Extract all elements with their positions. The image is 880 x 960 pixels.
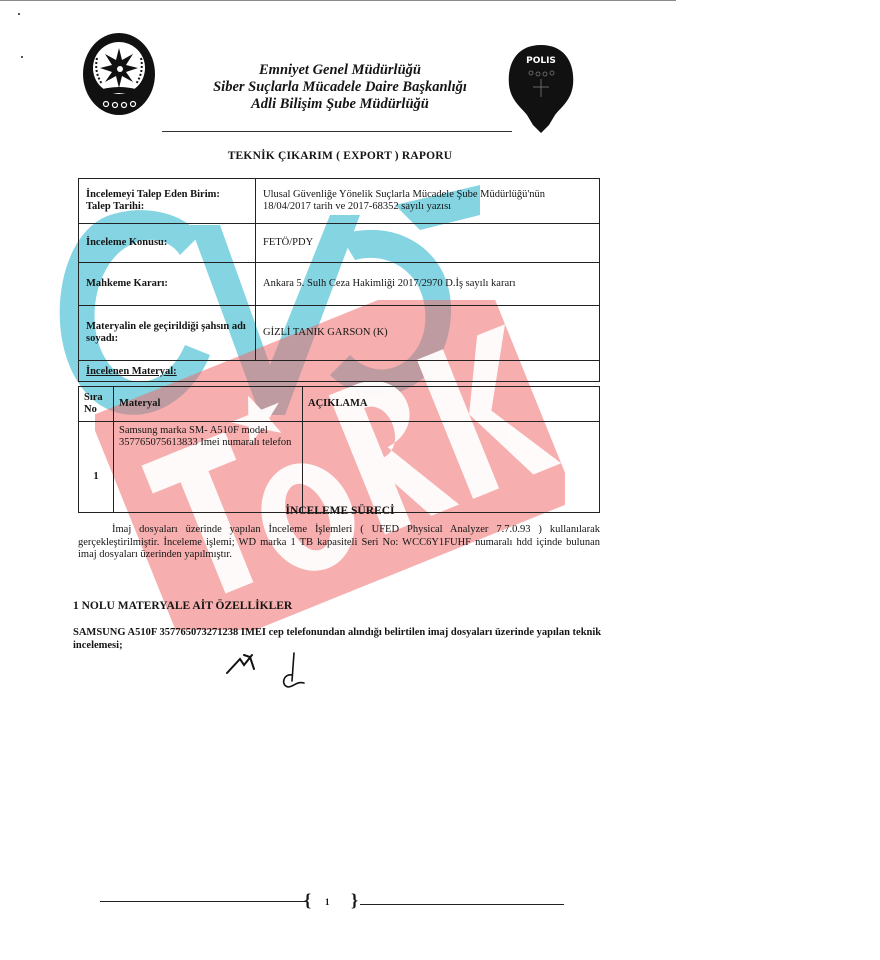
request-info-table: İncelemeyi Talep Eden Birim: Talep Tarih… bbox=[78, 178, 600, 382]
examined-material-label: İncelenen Materyal: bbox=[79, 361, 600, 382]
header-line: Adli Bilişim Şube Müdürlüğü bbox=[190, 96, 490, 113]
material-table: Sıra No Materyal AÇIKLAMA 1 Samsung mark… bbox=[78, 386, 600, 513]
footer-rule bbox=[100, 901, 306, 902]
row-label: Materyalin ele geçirildiği şahsın adı so… bbox=[79, 306, 256, 361]
institution-header: Emniyet Genel Müdürlüğü Siber Suçlarla M… bbox=[190, 62, 490, 113]
table-row: İncelemeyi Talep Eden Birim: Talep Tarih… bbox=[79, 179, 600, 224]
signature bbox=[222, 645, 332, 695]
column-header: Materyal bbox=[114, 387, 303, 422]
header-line: Emniyet Genel Müdürlüğü bbox=[190, 62, 490, 79]
row-value: GİZLİ TANIK GARSON (K) bbox=[256, 306, 600, 361]
features-text: SAMSUNG A510F 357765073271238 IMEI cep t… bbox=[73, 627, 603, 652]
table-row: Materyalin ele geçirildiği şahsın adı so… bbox=[79, 306, 600, 361]
header-line: Siber Suçlarla Mücadele Daire Başkanlığı bbox=[190, 79, 490, 96]
table-row: İnceleme Konusu: FETÖ/PDY bbox=[79, 224, 600, 263]
row-label: İncelemeyi Talep Eden Birim: Talep Tarih… bbox=[79, 179, 256, 224]
header-rule bbox=[162, 131, 512, 132]
process-title: İNCELEME SÜRECİ bbox=[60, 505, 620, 517]
table-row: İncelenen Materyal: bbox=[79, 361, 600, 382]
material-description: Samsung marka SM- A510F model 3577650756… bbox=[114, 422, 303, 513]
row-value: FETÖ/PDY bbox=[256, 224, 600, 263]
table-header-row: Sıra No Materyal AÇIKLAMA bbox=[79, 387, 600, 422]
column-header: AÇIKLAMA bbox=[303, 387, 600, 422]
footer-rule bbox=[360, 904, 564, 905]
footer-brace: } bbox=[351, 890, 358, 910]
column-header: Sıra No bbox=[79, 387, 114, 422]
police-emblem-icon bbox=[82, 32, 156, 116]
material-explanation bbox=[303, 422, 600, 513]
table-row: Mahkeme Kararı: Ankara 5. Sulh Ceza Haki… bbox=[79, 263, 600, 306]
label-requesting-unit: İncelemeyi Talep Eden Birim: bbox=[86, 189, 220, 200]
page-number: 1 bbox=[325, 897, 330, 907]
material-number: 1 bbox=[79, 422, 114, 513]
report-title: TEKNİK ÇIKARIM ( EXPORT ) RAPORU bbox=[60, 150, 620, 162]
svg-text:POLIS: POLIS bbox=[526, 56, 556, 66]
process-text: İmaj dosyaları üzerinde yapılan İnceleme… bbox=[78, 524, 600, 562]
row-label: İnceleme Konusu: bbox=[79, 224, 256, 263]
row-value: Ulusal Güvenliğe Yönelik Suçlarla Mücade… bbox=[256, 179, 600, 224]
polis-badge-icon: POLIS bbox=[505, 43, 577, 135]
table-row: 1 Samsung marka SM- A510F model 35776507… bbox=[79, 422, 600, 513]
document-page: Emniyet Genel Müdürlüğü Siber Suçlarla M… bbox=[0, 0, 676, 960]
row-label: Mahkeme Kararı: bbox=[79, 263, 256, 306]
row-value: Ankara 5. Sulh Ceza Hakimliği 2017/2970 … bbox=[256, 263, 600, 306]
label-request-date: Talep Tarihi: bbox=[86, 201, 144, 212]
footer-brace: { bbox=[304, 890, 311, 910]
features-title: 1 NOLU MATERYALE AİT ÖZELLİKLER bbox=[73, 600, 292, 612]
